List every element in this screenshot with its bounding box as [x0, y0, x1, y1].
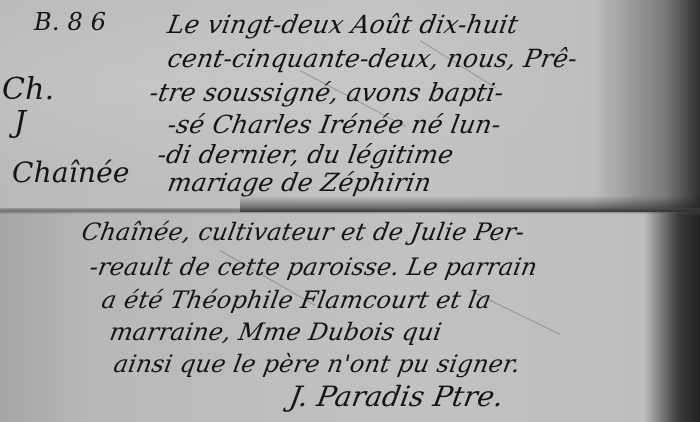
- margin-surname: Chaînée: [12, 156, 130, 189]
- record-line: cent-cinquante-deux, nous, Prê-: [165, 44, 579, 73]
- record-line: ainsi que le père n'ont pu signer.: [112, 350, 523, 378]
- record-line: Chaînée, cultivateur et de Julie Per-: [80, 218, 527, 246]
- priest-signature: J. Paradis Ptre.: [287, 380, 506, 413]
- margin-initial-middle-name: J: [14, 105, 26, 140]
- record-line: -di dernier, du légitime: [155, 140, 455, 169]
- record-line: -sé Charles Irénée né lun-: [165, 110, 503, 139]
- scanned-register-page: B. 8 6 Ch. J Chaînée Le vingt-deux Août …: [0, 0, 700, 422]
- record-line: a été Théophile Flamcourt et la: [100, 286, 494, 314]
- record-line: -reault de cette paroisse. Le parrain: [88, 253, 540, 281]
- page-crease: [0, 208, 700, 214]
- record-line: -tre soussigné, avons bapti-: [147, 78, 506, 107]
- margin-initial-christian-name: Ch.: [2, 72, 54, 107]
- lower-left-shading: [0, 212, 90, 422]
- record-line: marraine, Mme Dubois qui: [108, 318, 444, 346]
- entry-number: B. 8 6: [34, 8, 106, 36]
- record-line: mariage de Zéphirin: [165, 168, 433, 197]
- record-line: Le vingt-deux Août dix-huit: [165, 10, 520, 39]
